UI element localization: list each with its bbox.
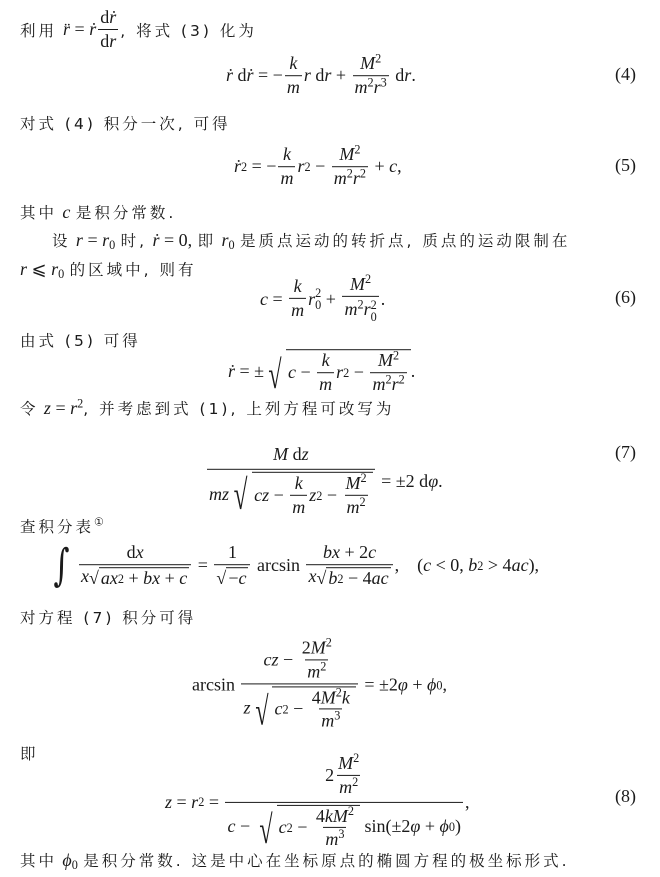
paragraph-9: 对方程 (7) 积分可得 <box>20 606 196 628</box>
paragraph-3: 其中 c 是积分常数. <box>20 201 176 223</box>
equation-integral-table: ∫ dxx√ax2 + bx + c = 1√−c arcsin bx + 2c… <box>50 543 539 589</box>
text-p1-suffix: , 将式 (3) 化为 <box>120 19 257 41</box>
paragraph-7: 令 z = r2, 并考虑到式 (1), 上列方程可改写为 <box>20 397 394 419</box>
footnote-marker[interactable]: ① <box>94 515 104 528</box>
equation-number-6: (6) <box>615 287 636 308</box>
equation-6: c = kmr20 + M2m2r20. <box>260 275 385 323</box>
paragraph-4: 设 r = r0 时, ṙ = 0, 即 r0 是质点运动的转折点, 质点的运动… <box>52 229 570 251</box>
paragraph-11: 其中 ϕ0 是积分常数. 这是中心在坐标原点的椭圆方程的极坐标形式. <box>20 849 570 871</box>
paragraph-5: r ⩽ r0 的区域中, 则有 <box>20 258 197 280</box>
equation-number-7: (7) <box>615 442 636 463</box>
equation-7: M dzmz√cz − kmz2 − M2m2 = ±2 dφ. <box>205 445 443 517</box>
paragraph-2: 对式 (4) 积分一次, 可得 <box>20 112 231 134</box>
equation-rdot: ṙ = ±√c − kmr2 − M2m2r2. <box>228 349 415 395</box>
equation-4: ṙ dṙ = −kmr dr + M2m2r3 dr. <box>226 54 416 98</box>
equation-8: z = r2 = 2M2m2c − √c2 − 4kM2m3 sin(±2φ +… <box>165 754 469 850</box>
equation-number-5: (5) <box>615 155 636 176</box>
math-inline-rddot: r̈ = ṙ dṙdr <box>63 8 120 52</box>
equation-number-4: (4) <box>615 64 636 85</box>
paragraph-6: 由式 (5) 可得 <box>20 329 141 351</box>
text-li-yong: 利用 <box>20 19 57 41</box>
paragraph-8: 查积分表① <box>20 515 104 537</box>
paragraph-1: 利用 r̈ = ṙ dṙdr , 将式 (3) 化为 <box>20 8 257 52</box>
equation-arcsin: arcsin cz − 2M2m2z√c2 − 4M2km3 = ±2φ + ϕ… <box>192 638 447 731</box>
paragraph-10: 即 <box>20 742 39 764</box>
equation-5: ṙ2 = −kmr2 − M2m2r2 + c, <box>234 145 402 189</box>
equation-number-8: (8) <box>615 786 636 807</box>
integral-sign-icon: ∫ <box>53 544 69 588</box>
